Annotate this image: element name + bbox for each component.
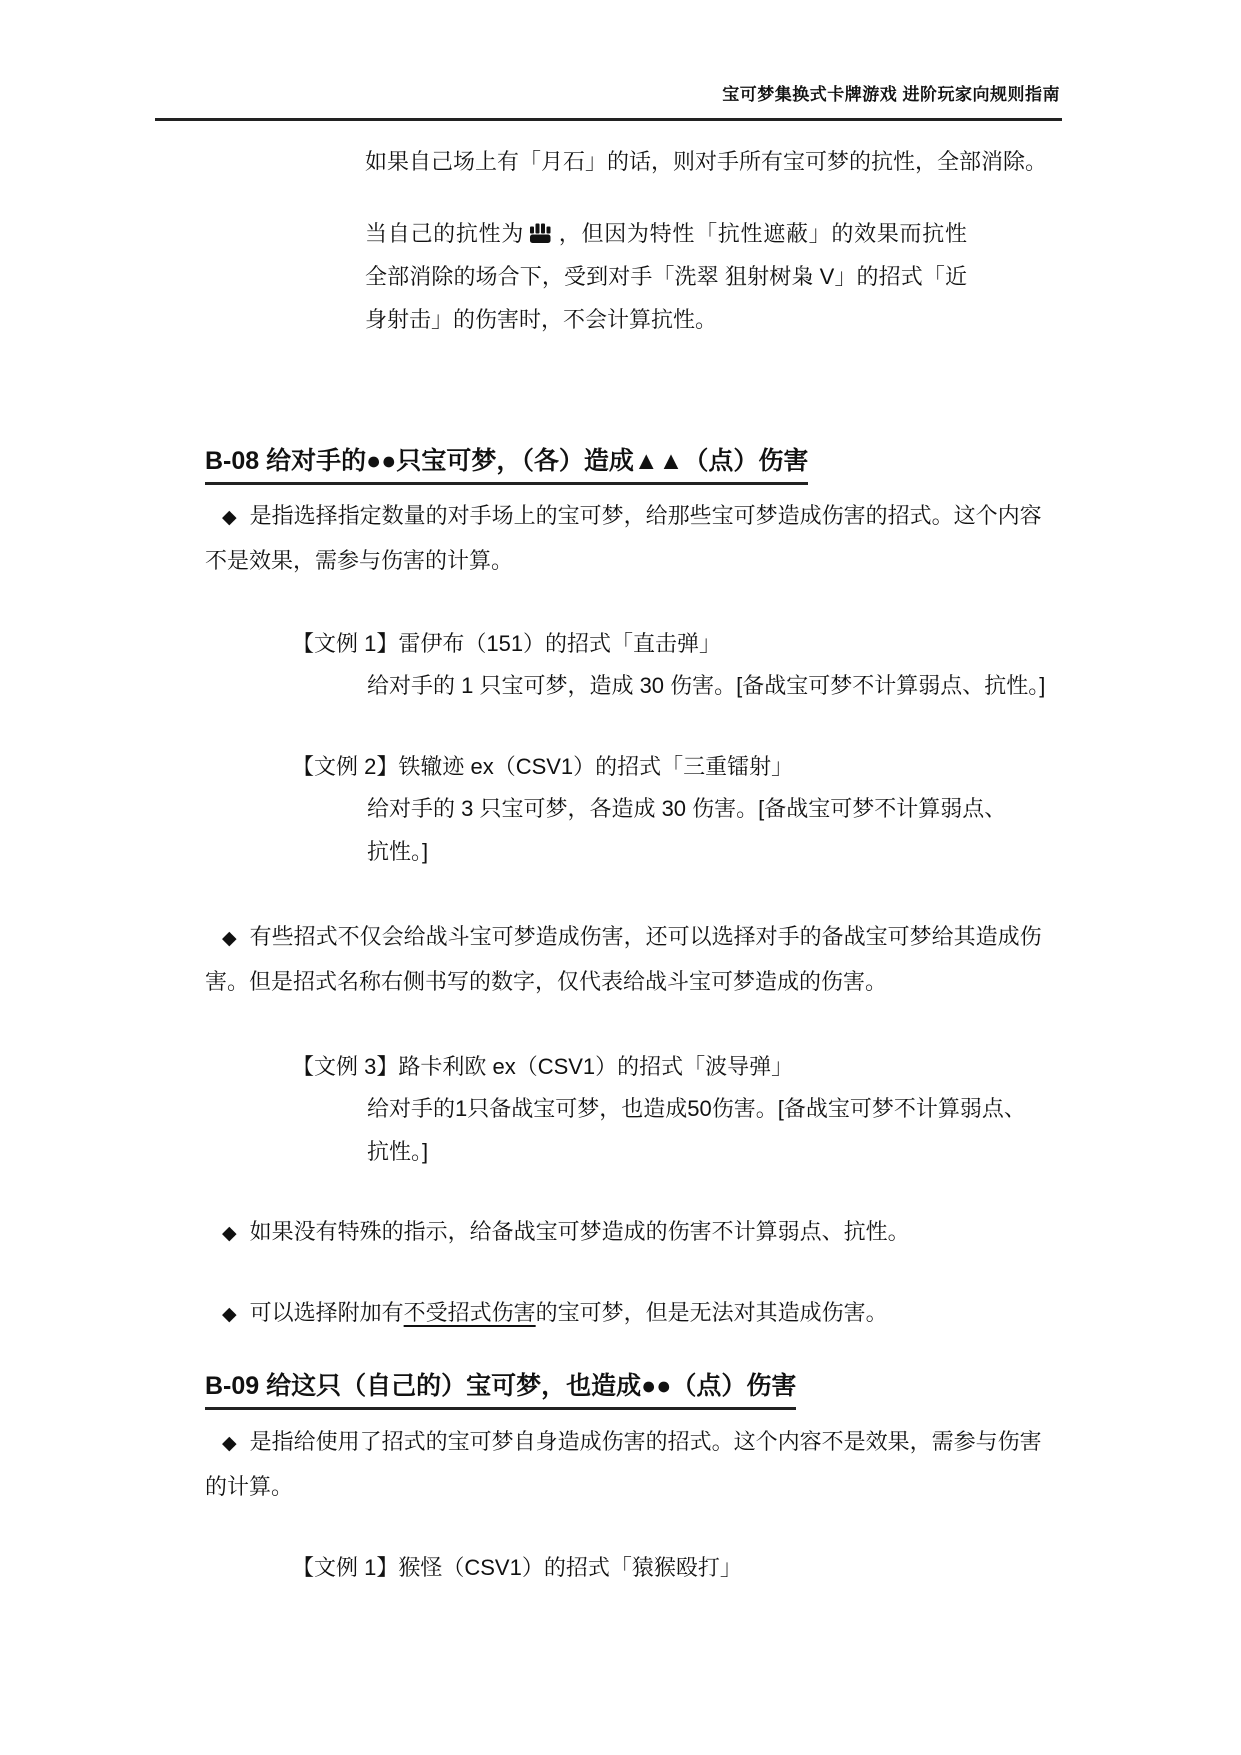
section-heading-b09-text: B-09 给这只（自己的）宝可梦，也造成●●（点）伤害 — [205, 1366, 796, 1410]
intro-paragraph-2: 当自己的抗性为，但因为特性「抗性遮蔽」的效果而抗性全部消除的场合下，受到对手「洗… — [365, 212, 967, 341]
intro-paragraph-2-text-before: 当自己的抗性为 — [365, 221, 524, 246]
diamond-bullet-icon: ◆ — [222, 1433, 237, 1454]
section-heading-b08-text: B-08 给对手的●●只宝可梦，（各）造成▲▲（点）伤害 — [205, 441, 808, 485]
b09-bullet-1-text: 是指给使用了招式的宝可梦自身造成伤害的招式。这个内容不是效果，需参与伤害的计算。 — [205, 1429, 1042, 1499]
b08-bullet-4-text-after: 的宝可梦，但是无法对其造成伤害。 — [536, 1300, 888, 1325]
b08-bullet-4-text-before: 可以选择附加有 — [250, 1300, 404, 1325]
b08-example3-label: 【文例 3】路卡利欧 ex（CSV1）的招式「波导弹」 — [292, 1045, 793, 1088]
b09-example1-label: 【文例 1】猴怪（CSV1）的招式「猿猴殴打」 — [292, 1546, 742, 1589]
b08-bullet-1-text: 是指选择指定数量的对手场上的宝可梦，给那些宝可梦造成伤害的招式。这个内容不是效果… — [205, 503, 1042, 573]
section-heading-b08: B-08 给对手的●●只宝可梦，（各）造成▲▲（点）伤害 — [205, 441, 808, 485]
page-header-title: 宝可梦集换式卡牌游戏 进阶玩家向规则指南 — [722, 80, 1060, 105]
b08-example1-label: 【文例 1】雷伊布（151）的招式「直击弹」 — [292, 622, 721, 665]
b08-example1-body: 给对手的 1 只宝可梦，造成 30 伤害。[备战宝可梦不计算弱点、抗性。] — [367, 664, 1045, 707]
diamond-bullet-icon: ◆ — [222, 1304, 237, 1325]
fighting-energy-icon — [529, 215, 553, 237]
b08-bullet-3: ◆如果没有特殊的指示，给备战宝可梦造成的伤害不计算弱点、抗性。 — [205, 1210, 1105, 1255]
header-divider — [155, 118, 1062, 121]
b08-bullet-2-text: 有些招式不仅会给战斗宝可梦造成伤害，还可以选择对手的备战宝可梦给其造成伤害。但是… — [205, 924, 1042, 994]
document-page: 宝可梦集换式卡牌游戏 进阶玩家向规则指南 如果自己场上有「月石」的话，则对手所有… — [0, 0, 1241, 1755]
b08-bullet-3-text: 如果没有特殊的指示，给备战宝可梦造成的伤害不计算弱点、抗性。 — [250, 1219, 910, 1244]
b08-bullet-4: ◆可以选择附加有不受招式伤害的宝可梦，但是无法对其造成伤害。 — [205, 1291, 1105, 1336]
diamond-bullet-icon: ◆ — [222, 1223, 237, 1244]
diamond-bullet-icon: ◆ — [222, 928, 237, 949]
section-heading-b09: B-09 给这只（自己的）宝可梦，也造成●●（点）伤害 — [205, 1366, 796, 1410]
b08-example3-body: 给对手的1只备战宝可梦，也造成50伤害。[备战宝可梦不计算弱点、抗性。] — [367, 1087, 1033, 1173]
b08-example2-label: 【文例 2】铁辙迹 ex（CSV1）的招式「三重镭射」 — [292, 745, 793, 788]
diamond-bullet-icon: ◆ — [222, 507, 237, 528]
b08-example2-body: 给对手的 3 只宝可梦，各造成 30 伤害。[备战宝可梦不计算弱点、抗性。] — [367, 787, 1017, 873]
intro-paragraph-1: 如果自己场上有「月石」的话，则对手所有宝可梦的抗性，全部消除。 — [365, 140, 1047, 183]
b08-bullet-4-underlined-text: 不受招式伤害 — [404, 1300, 536, 1325]
b08-bullet-2: ◆有些招式不仅会给战斗宝可梦造成伤害，还可以选择对手的备战宝可梦给其造成伤害。但… — [205, 915, 1061, 1003]
b08-bullet-1: ◆是指选择指定数量的对手场上的宝可梦，给那些宝可梦造成伤害的招式。这个内容不是效… — [205, 494, 1061, 582]
b09-bullet-1: ◆是指给使用了招式的宝可梦自身造成伤害的招式。这个内容不是效果，需参与伤害的计算… — [205, 1420, 1061, 1508]
